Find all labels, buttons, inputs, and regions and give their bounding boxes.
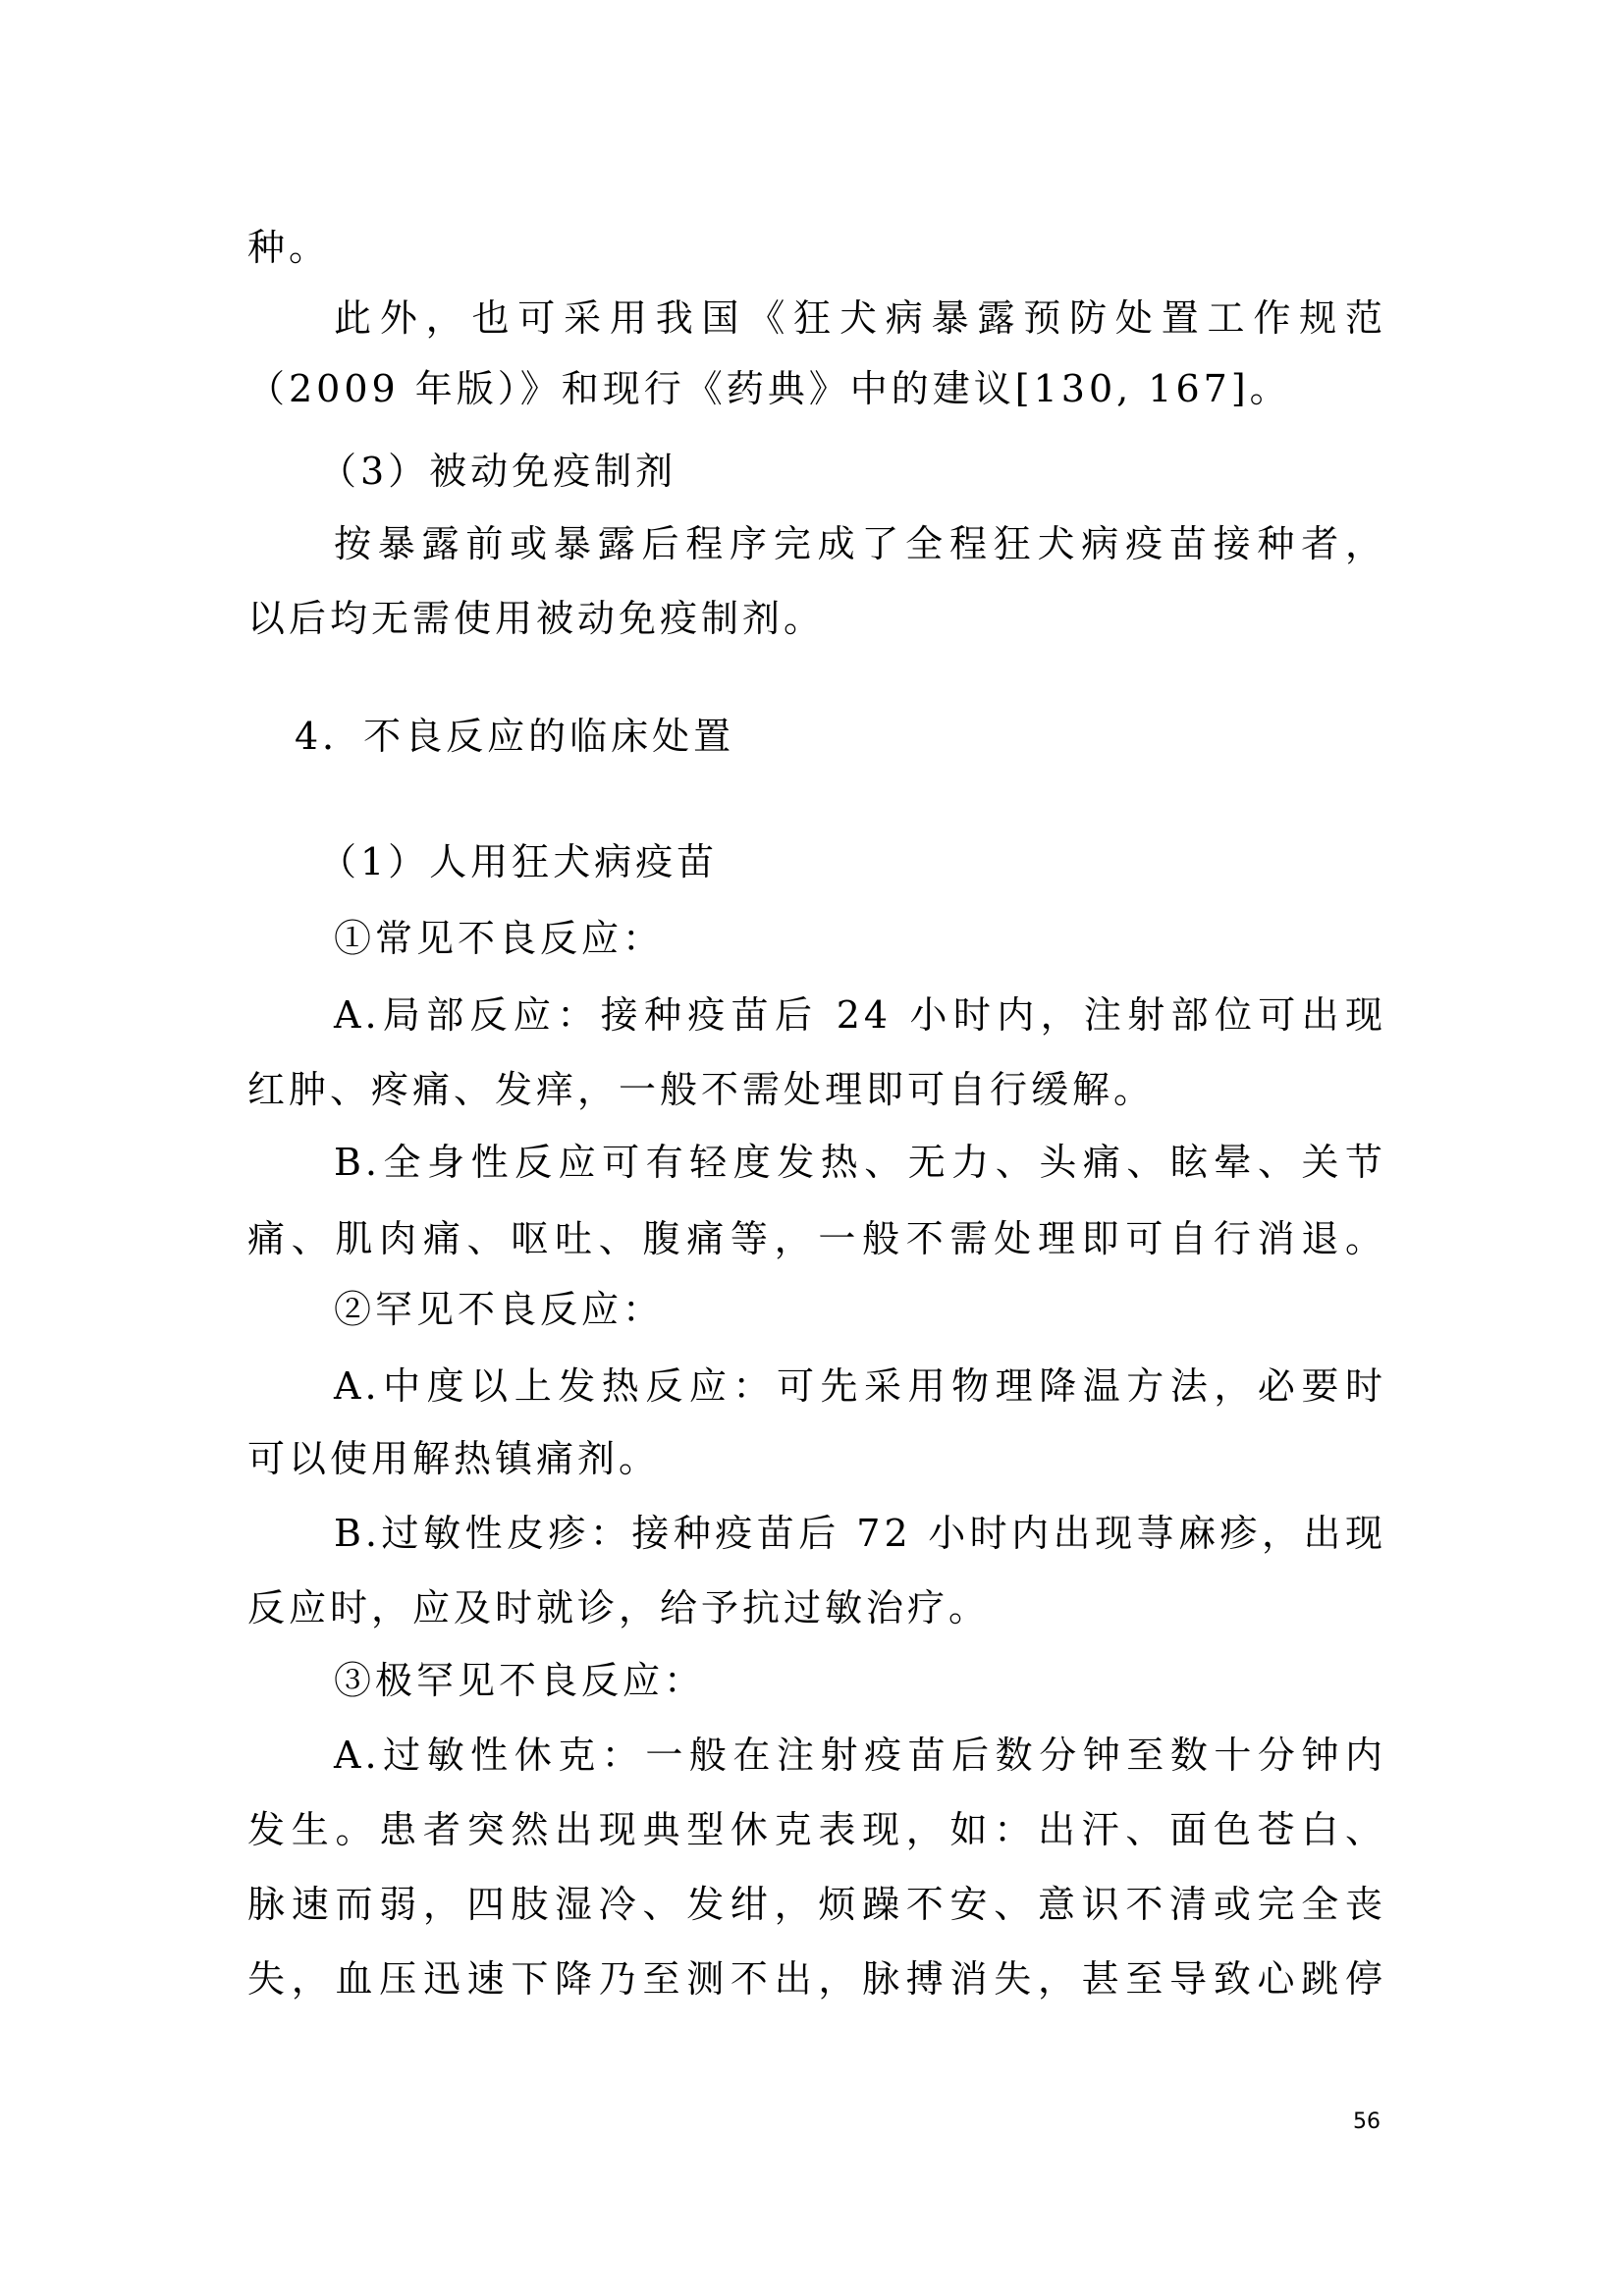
body-paragraph-start: B.全身性反应可有轻度发热、无力、头痛、眩晕、关节 bbox=[334, 1139, 1386, 1186]
body-text-line: 红肿、疼痛、发痒，一般不需处理即可自行缓解。 bbox=[247, 1066, 1386, 1113]
body-paragraph-start: A.中度以上发热反应：可先采用物理降温方法，必要时 bbox=[334, 1362, 1386, 1410]
body-paragraph-start: A.局部反应：接种疫苗后 24 小时内，注射部位可出现 bbox=[334, 991, 1386, 1039]
subsection-heading: （1）人用狂犬病疫苗 bbox=[319, 838, 1458, 885]
body-text-line: 失，血压迅速下降乃至测不出，脉搏消失，甚至导致心跳停 bbox=[247, 1955, 1386, 2002]
document-page: 种。 此外，也可采用我国《狂犬病暴露预防处置工作规范 （2009 年版）》和现行… bbox=[0, 0, 1624, 2296]
body-text-line: 发生。患者突然出现典型休克表现，如：出汗、面色苍白、 bbox=[247, 1806, 1386, 1853]
body-text-line: 反应时，应及时就诊，给予抗过敏治疗。 bbox=[247, 1584, 1386, 1631]
body-paragraph-start: 按暴露前或暴露后程序完成了全程狂犬病疫苗接种者， bbox=[334, 520, 1386, 567]
subsection-heading: （3）被动免疫制剂 bbox=[319, 448, 1458, 495]
body-text-line: 种。 bbox=[247, 224, 1386, 271]
list-heading: ②罕见不良反应： bbox=[334, 1286, 1473, 1333]
body-text-line: （2009 年版）》和现行《药典》中的建议[130, 167]。 bbox=[247, 365, 1386, 412]
list-heading: ③极罕见不良反应： bbox=[334, 1657, 1473, 1704]
body-paragraph-start: A.过敏性休克：一般在注射疫苗后数分钟至数十分钟内 bbox=[334, 1732, 1386, 1779]
body-text-line: 可以使用解热镇痛剂。 bbox=[247, 1435, 1386, 1482]
page-number: 56 bbox=[1353, 2109, 1380, 2136]
list-heading: ①常见不良反应： bbox=[334, 915, 1473, 962]
body-paragraph-start: 此外，也可采用我国《狂犬病暴露预防处置工作规范 bbox=[334, 294, 1386, 342]
body-text-line: 痛、肌肉痛、呕吐、腹痛等，一般不需处理即可自行消退。 bbox=[247, 1215, 1386, 1262]
body-paragraph-start: B.过敏性皮疹：接种疫苗后 72 小时内出现荨麻疹，出现 bbox=[334, 1510, 1386, 1557]
body-text-line: 脉速而弱，四肢湿冷、发绀，烦躁不安、意识不清或完全丧 bbox=[247, 1881, 1386, 1928]
section-heading: 4．不良反应的临床处置 bbox=[295, 713, 1434, 760]
body-text-line: 以后均无需使用被动免疫制剂。 bbox=[247, 595, 1386, 642]
